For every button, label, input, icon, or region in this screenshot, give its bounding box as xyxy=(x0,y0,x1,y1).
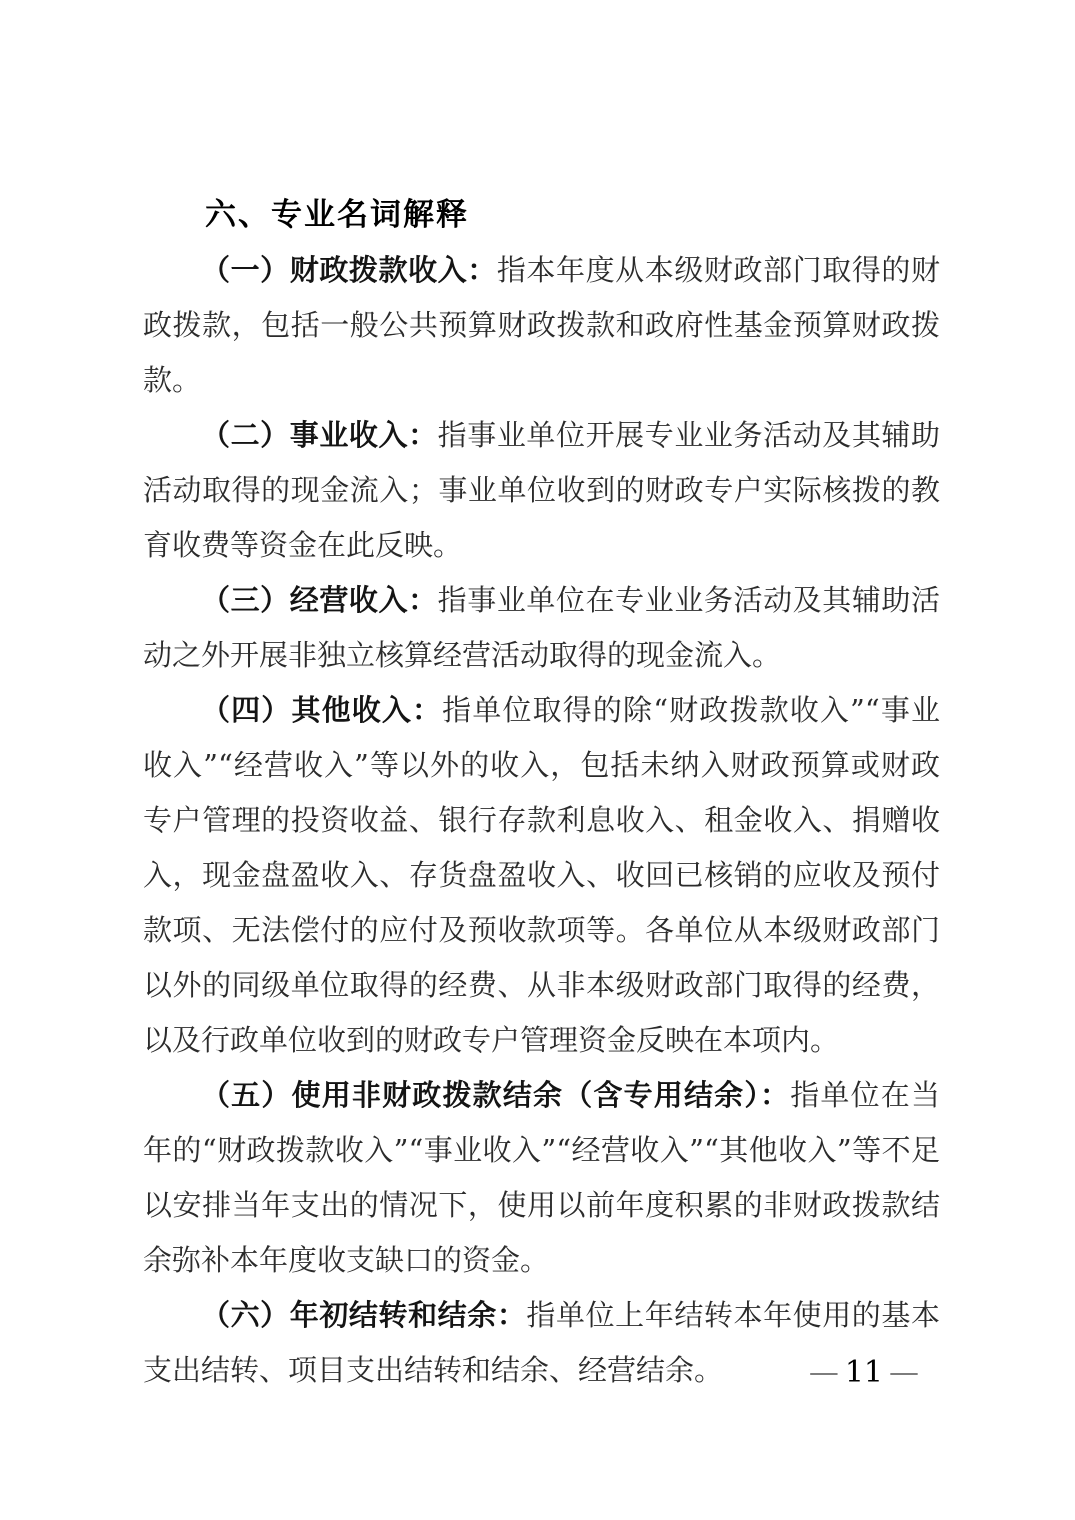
term-definition: 指单位取得的除“财政拨款收入”“事业收入”“经营收入”等以外的收入，包括未纳入财… xyxy=(143,693,940,1057)
document-body: 六、专业名词解释 （一）财政拨款收入：指本年度从本级财政部门取得的财政拨款，包括… xyxy=(143,188,940,1398)
document-page: 六、专业名词解释 （一）财政拨款收入：指本年度从本级财政部门取得的财政拨款，包括… xyxy=(0,0,1075,1520)
page-number-dash-left: — xyxy=(803,1355,845,1390)
paragraph-term-1: （一）财政拨款收入：指本年度从本级财政部门取得的财政拨款，包括一般公共预算财政拨… xyxy=(143,243,940,408)
page-number: —11— xyxy=(803,1356,925,1390)
page-number-dash-right: — xyxy=(883,1355,925,1390)
term-label: （四）其他收入： xyxy=(201,693,442,727)
paragraph-term-5: （五）使用非财政拨款结余（含专用结余）：指单位在当年的“财政拨款收入”“事业收入… xyxy=(143,1068,940,1288)
term-label: （三）经营收入： xyxy=(201,583,438,617)
paragraph-term-4: （四）其他收入：指单位取得的除“财政拨款收入”“事业收入”“经营收入”等以外的收… xyxy=(143,683,940,1068)
term-label: （六）年初结转和结余： xyxy=(201,1298,526,1332)
section-heading: 六、专业名词解释 xyxy=(205,188,940,243)
term-label: （一）财政拨款收入： xyxy=(201,253,497,287)
term-label: （五）使用非财政拨款结余（含专用结余）： xyxy=(201,1078,790,1112)
paragraph-term-2: （二）事业收入：指事业单位开展专业业务活动及其辅助活动取得的现金流入；事业单位收… xyxy=(143,408,940,573)
paragraph-term-3: （三）经营收入：指事业单位在专业业务活动及其辅助活动之外开展非独立核算经营活动取… xyxy=(143,573,940,683)
page-number-value: 11 xyxy=(845,1355,883,1390)
term-label: （二）事业收入： xyxy=(201,418,438,452)
